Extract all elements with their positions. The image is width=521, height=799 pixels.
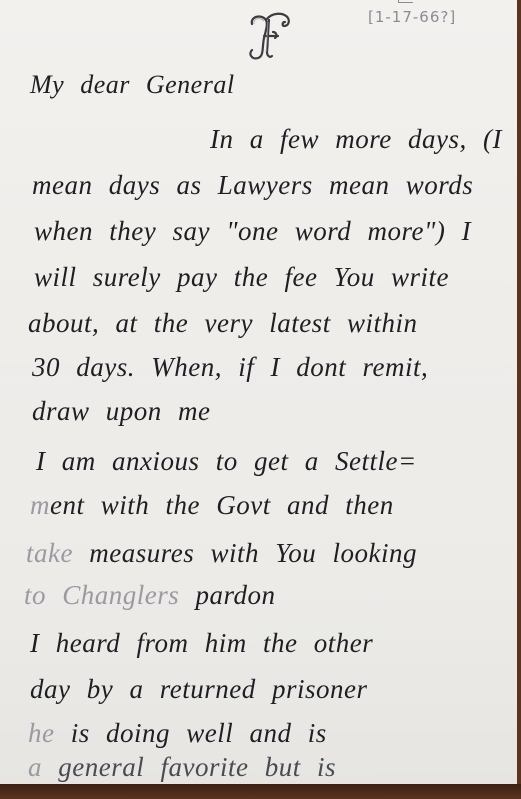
letter-line-10: take measures with You looking <box>26 538 417 569</box>
letter-line-3: when they say "one word more") I <box>34 216 471 247</box>
desk-surface-right <box>517 0 521 799</box>
line-text: general favorite but is <box>42 752 336 782</box>
line-text: pardon <box>179 580 275 610</box>
letter-line-9: ment with the Govt and then <box>30 490 394 521</box>
line-text: ent with the Govt and then <box>50 490 394 520</box>
faded-text: take <box>26 538 73 568</box>
letter-line-2: mean days as Lawyers mean words <box>32 170 473 201</box>
letter-line-8: I am anxious to get a Settle= <box>36 446 417 477</box>
letter-line-6: 30 days. When, if I dont remit, <box>32 352 428 383</box>
faded-text: he <box>28 718 54 748</box>
letter-line-4: will surely pay the fee You write <box>34 262 449 293</box>
faded-text: m <box>30 490 50 520</box>
line-text: measures with You looking <box>73 538 417 568</box>
letter-line-15: a general favorite but is <box>28 752 336 783</box>
letter-line-12: I heard from him the other <box>30 628 373 659</box>
letter-page: [1-17-66?] My dear General In a few more… <box>0 0 517 784</box>
letter-line-13: day by a returned prisoner <box>30 674 367 705</box>
desk-surface-bottom <box>0 784 521 799</box>
faded-text: a <box>28 752 42 782</box>
line-text: is doing well and is <box>54 718 326 748</box>
letter-line-11: to Changlers pardon <box>24 580 276 611</box>
salutation: My dear General <box>30 70 235 100</box>
letter-line-14: he is doing well and is <box>28 718 327 749</box>
letter-line-5: about, at the very latest within <box>28 308 417 339</box>
letter-line-7: draw upon me <box>32 396 211 427</box>
archival-bracket-mark <box>398 0 413 3</box>
letter-line-1: In a few more days, (I <box>210 124 502 155</box>
monogram-f-icon <box>242 10 302 62</box>
archival-date-note: [1-17-66?] <box>368 8 456 26</box>
faded-text: to Changlers <box>24 580 179 610</box>
